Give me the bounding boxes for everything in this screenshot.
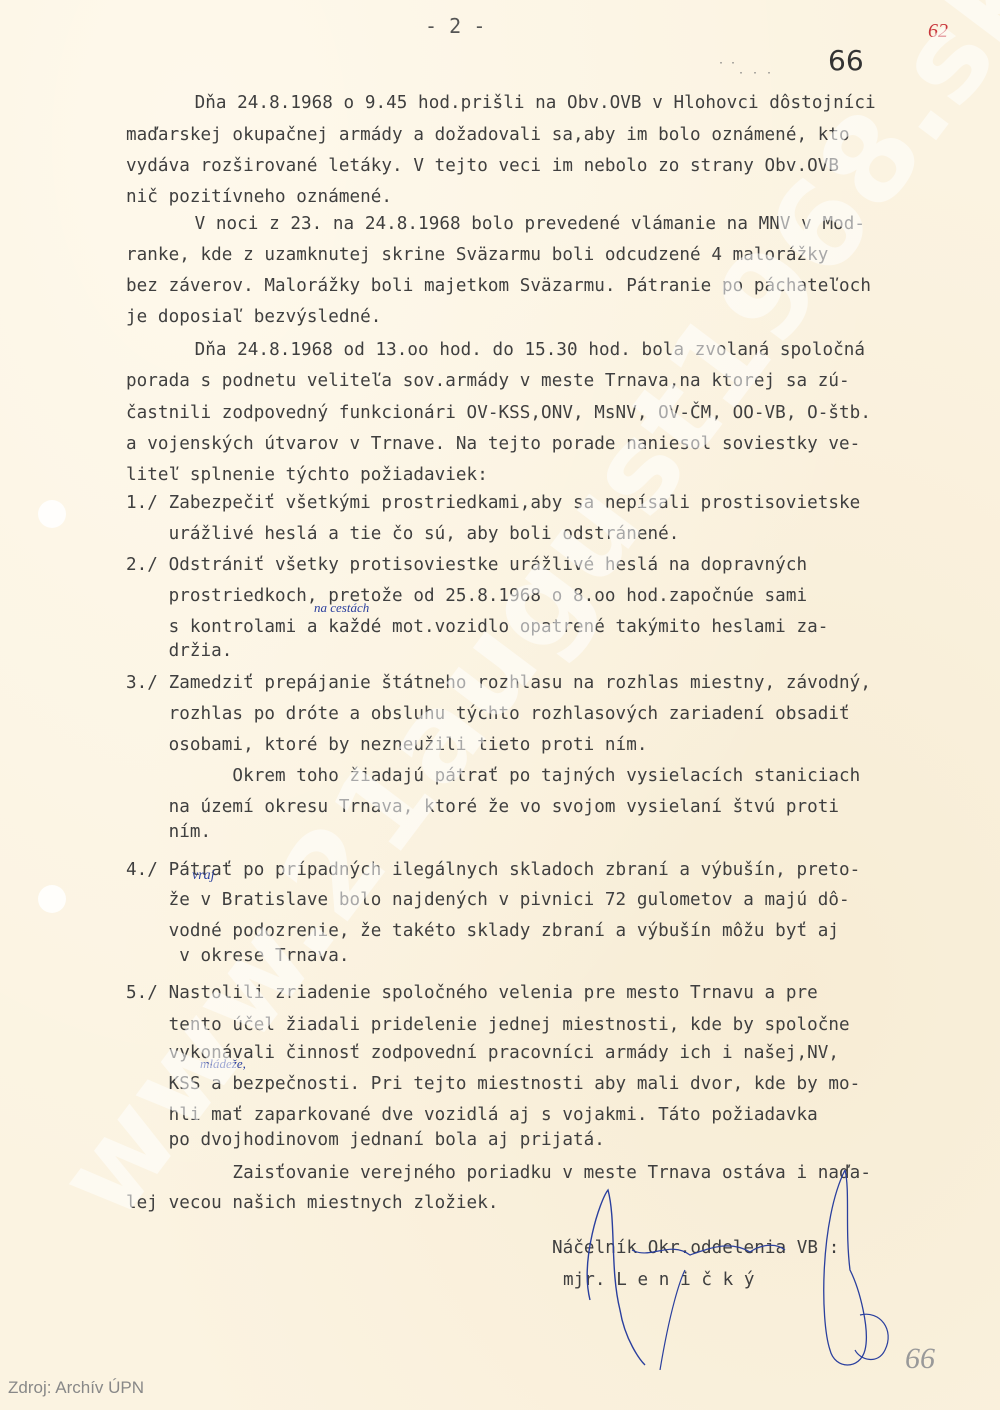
source-caption: Zdroj: Archív ÚPN [8, 1378, 144, 1398]
page-number: - 2 - [425, 14, 485, 38]
list-item-2: 2./ Odstrániť všetky protisoviestke uráž… [126, 555, 807, 575]
body-line: Dňa 24.8.1968 o 9.45 hod.prišli na Obv.O… [152, 93, 876, 113]
punch-hole-top [38, 500, 66, 528]
body-line: je doposiaľ bezvýsledné. [126, 307, 381, 327]
body-line: na území okresu Trnava, ktoré že vo svoj… [126, 797, 839, 817]
body-line: a vojenských útvarov v Trnave. Na tejto … [126, 434, 860, 454]
body-line: liteľ splnenie týchto požiadaviek: [126, 465, 488, 485]
pencil-folio-number: 66 [905, 1342, 935, 1376]
handwritten-signature [560, 1160, 900, 1370]
body-line: vydáva rozširované letáky. V tejto veci … [126, 156, 839, 176]
punch-hole-bottom [38, 885, 66, 913]
list-item-2-cont: držia. [126, 641, 232, 661]
stamp-dots: · · [718, 58, 736, 69]
handwritten-vraj: vraj [192, 868, 215, 884]
list-item-1: 1./ Zabezpečiť všetkými prostriedkami,ab… [126, 493, 860, 513]
body-line: nič pozitívneho oznámené. [126, 187, 392, 207]
document-page: - 2 - · · ··· 66 62 Dňa 24.8.1968 o 9.45… [0, 0, 1000, 1410]
body-line: maďarskej okupačnej armády a dožadovali … [126, 125, 850, 145]
stamp-dots-row: ··· [738, 68, 780, 79]
closing-line: lej vecou našich miestnych zložiek. [126, 1193, 498, 1213]
handwritten-na-cestach: na cestách [314, 600, 369, 616]
list-item-4: 4./ Pátrať po prípadných ilegálnych skla… [126, 860, 860, 880]
body-line: ním. [126, 822, 211, 842]
